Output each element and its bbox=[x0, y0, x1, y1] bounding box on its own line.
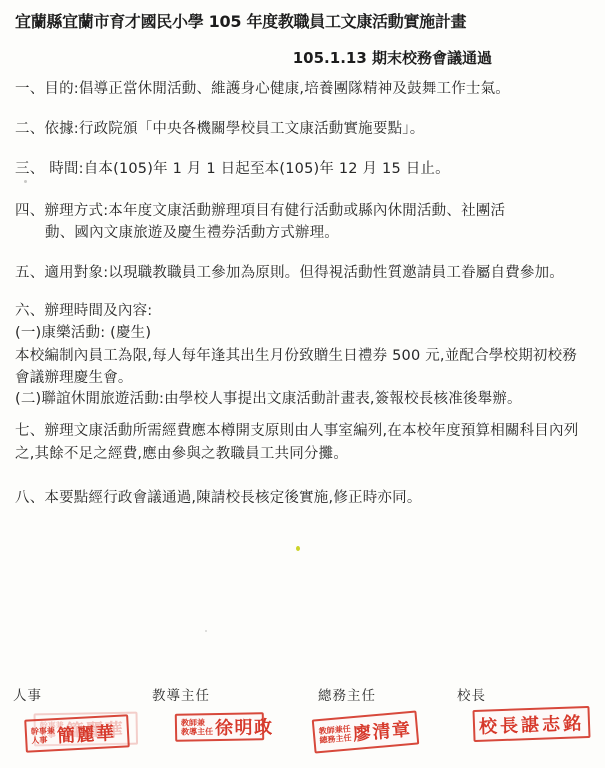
paragraph-basis: 二、依據:行政院頒「中央各機關學校員工文康活動實施要點」。 bbox=[15, 118, 590, 140]
signature-label-principal: 校長 bbox=[457, 684, 486, 704]
paragraph-travel: (二)聯誼休閒旅遊活動:由學校人事提出文康活動計畫表,簽報校長核准後舉辦。 bbox=[15, 388, 590, 410]
academic-director-seal-name: 徐明政 bbox=[215, 713, 274, 740]
principal-seal-name: 校長諶志銘 bbox=[479, 709, 585, 739]
signature-section: 人事 教導主任 總務主任 校長 幹事兼 人事 簡麗華 幹事兼 人事 簡麗華 bbox=[0, 684, 605, 768]
personnel-seal-name: 簡麗華 bbox=[56, 719, 116, 748]
scan-speckle bbox=[24, 180, 27, 183]
paragraph-purpose: 一、目的:倡導正當休閒活動、維護身心健康,培養團隊精神及鼓舞工作士氣。 bbox=[15, 78, 590, 100]
personnel-seal-stamp: 幹事兼 人事 簡麗華 幹事兼 人事 簡麗華 bbox=[24, 714, 130, 752]
academic-director-seal-impression: 教師兼 教導主任 徐明政 bbox=[175, 712, 264, 742]
signature-label-personnel: 人事 bbox=[13, 684, 42, 704]
paragraph-implementation: 八、本要點經行政會議通過,陳請校長核定後實施,修正時亦同。 bbox=[15, 487, 590, 509]
document-title: 宜蘭縣宜蘭市育才國民小學 105 年度教職員工文康活動實施計畫 bbox=[15, 10, 590, 34]
academic-director-seal-stamp: 教師兼 教導主任 徐明政 bbox=[175, 712, 264, 742]
academic-director-seal-title: 教師兼 教導主任 bbox=[181, 718, 213, 737]
principal-seal-stamp: 校長諶志銘 bbox=[472, 706, 590, 742]
paragraph-budget-line1: 七、辦理文康活動所需經費應本樽開支原則由人事室編列,在本校年度預算相關科目內列 bbox=[15, 420, 590, 442]
general-affairs-seal-impression: 教師兼任 總務主任 廖清章 bbox=[312, 710, 420, 753]
paragraph-method-line1: 四、辦理方式:本年度文康活動辦理項目有健行活動或縣內休閒活動、社團活 bbox=[15, 200, 590, 222]
scanned-document-page: 宜蘭縣宜蘭市育才國民小學 105 年度教職員工文康活動實施計畫 105.1.13… bbox=[0, 0, 605, 768]
paragraph-birthday-line1: 本校編制內員工為限,每人每年逢其出生月份致贈生日禮券 500 元,並配合學校期初… bbox=[15, 345, 590, 367]
paragraph-recreation: (一)康樂活動: (慶生) bbox=[15, 322, 590, 344]
principal-seal-impression: 校長諶志銘 bbox=[472, 706, 590, 742]
personnel-seal-title: 幹事兼 人事 bbox=[31, 726, 56, 745]
signature-label-general-affairs-director: 總務主任 bbox=[318, 684, 376, 704]
paragraph-birthday-line2: 會議辦理慶生會。 bbox=[15, 367, 590, 389]
personnel-seal-impression: 幹事兼 人事 簡麗華 bbox=[24, 714, 130, 752]
paragraph-eligibility: 五、適用對象:以現職教職員工參加為原則。但得視活動性質邀請員工眷屬自費參加。 bbox=[15, 262, 590, 284]
paragraph-time: 三、 時間:自本(105)年 1 月 1 日起至本(105)年 12 月 15 … bbox=[15, 158, 590, 180]
signature-label-academic-director: 教導主任 bbox=[152, 684, 210, 704]
scan-speckle bbox=[205, 630, 207, 632]
general-affairs-seal-stamp: 教師兼任 總務主任 廖清章 bbox=[312, 710, 420, 753]
scan-speckle bbox=[296, 546, 300, 551]
paragraph-method-line2: 動、國內文康旅遊及慶生禮券活動方式辦理。 bbox=[15, 222, 590, 244]
general-affairs-seal-name: 廖清章 bbox=[352, 715, 413, 746]
paragraph-budget-line2: 之,其餘不足之經費,應由參與之教職員工共同分攤。 bbox=[15, 443, 590, 465]
approval-note: 105.1.13 期末校務會議通過 bbox=[15, 48, 590, 68]
paragraph-schedule-header: 六、辦理時間及內容: bbox=[15, 300, 590, 322]
general-affairs-seal-title: 教師兼任 總務主任 bbox=[318, 724, 351, 745]
